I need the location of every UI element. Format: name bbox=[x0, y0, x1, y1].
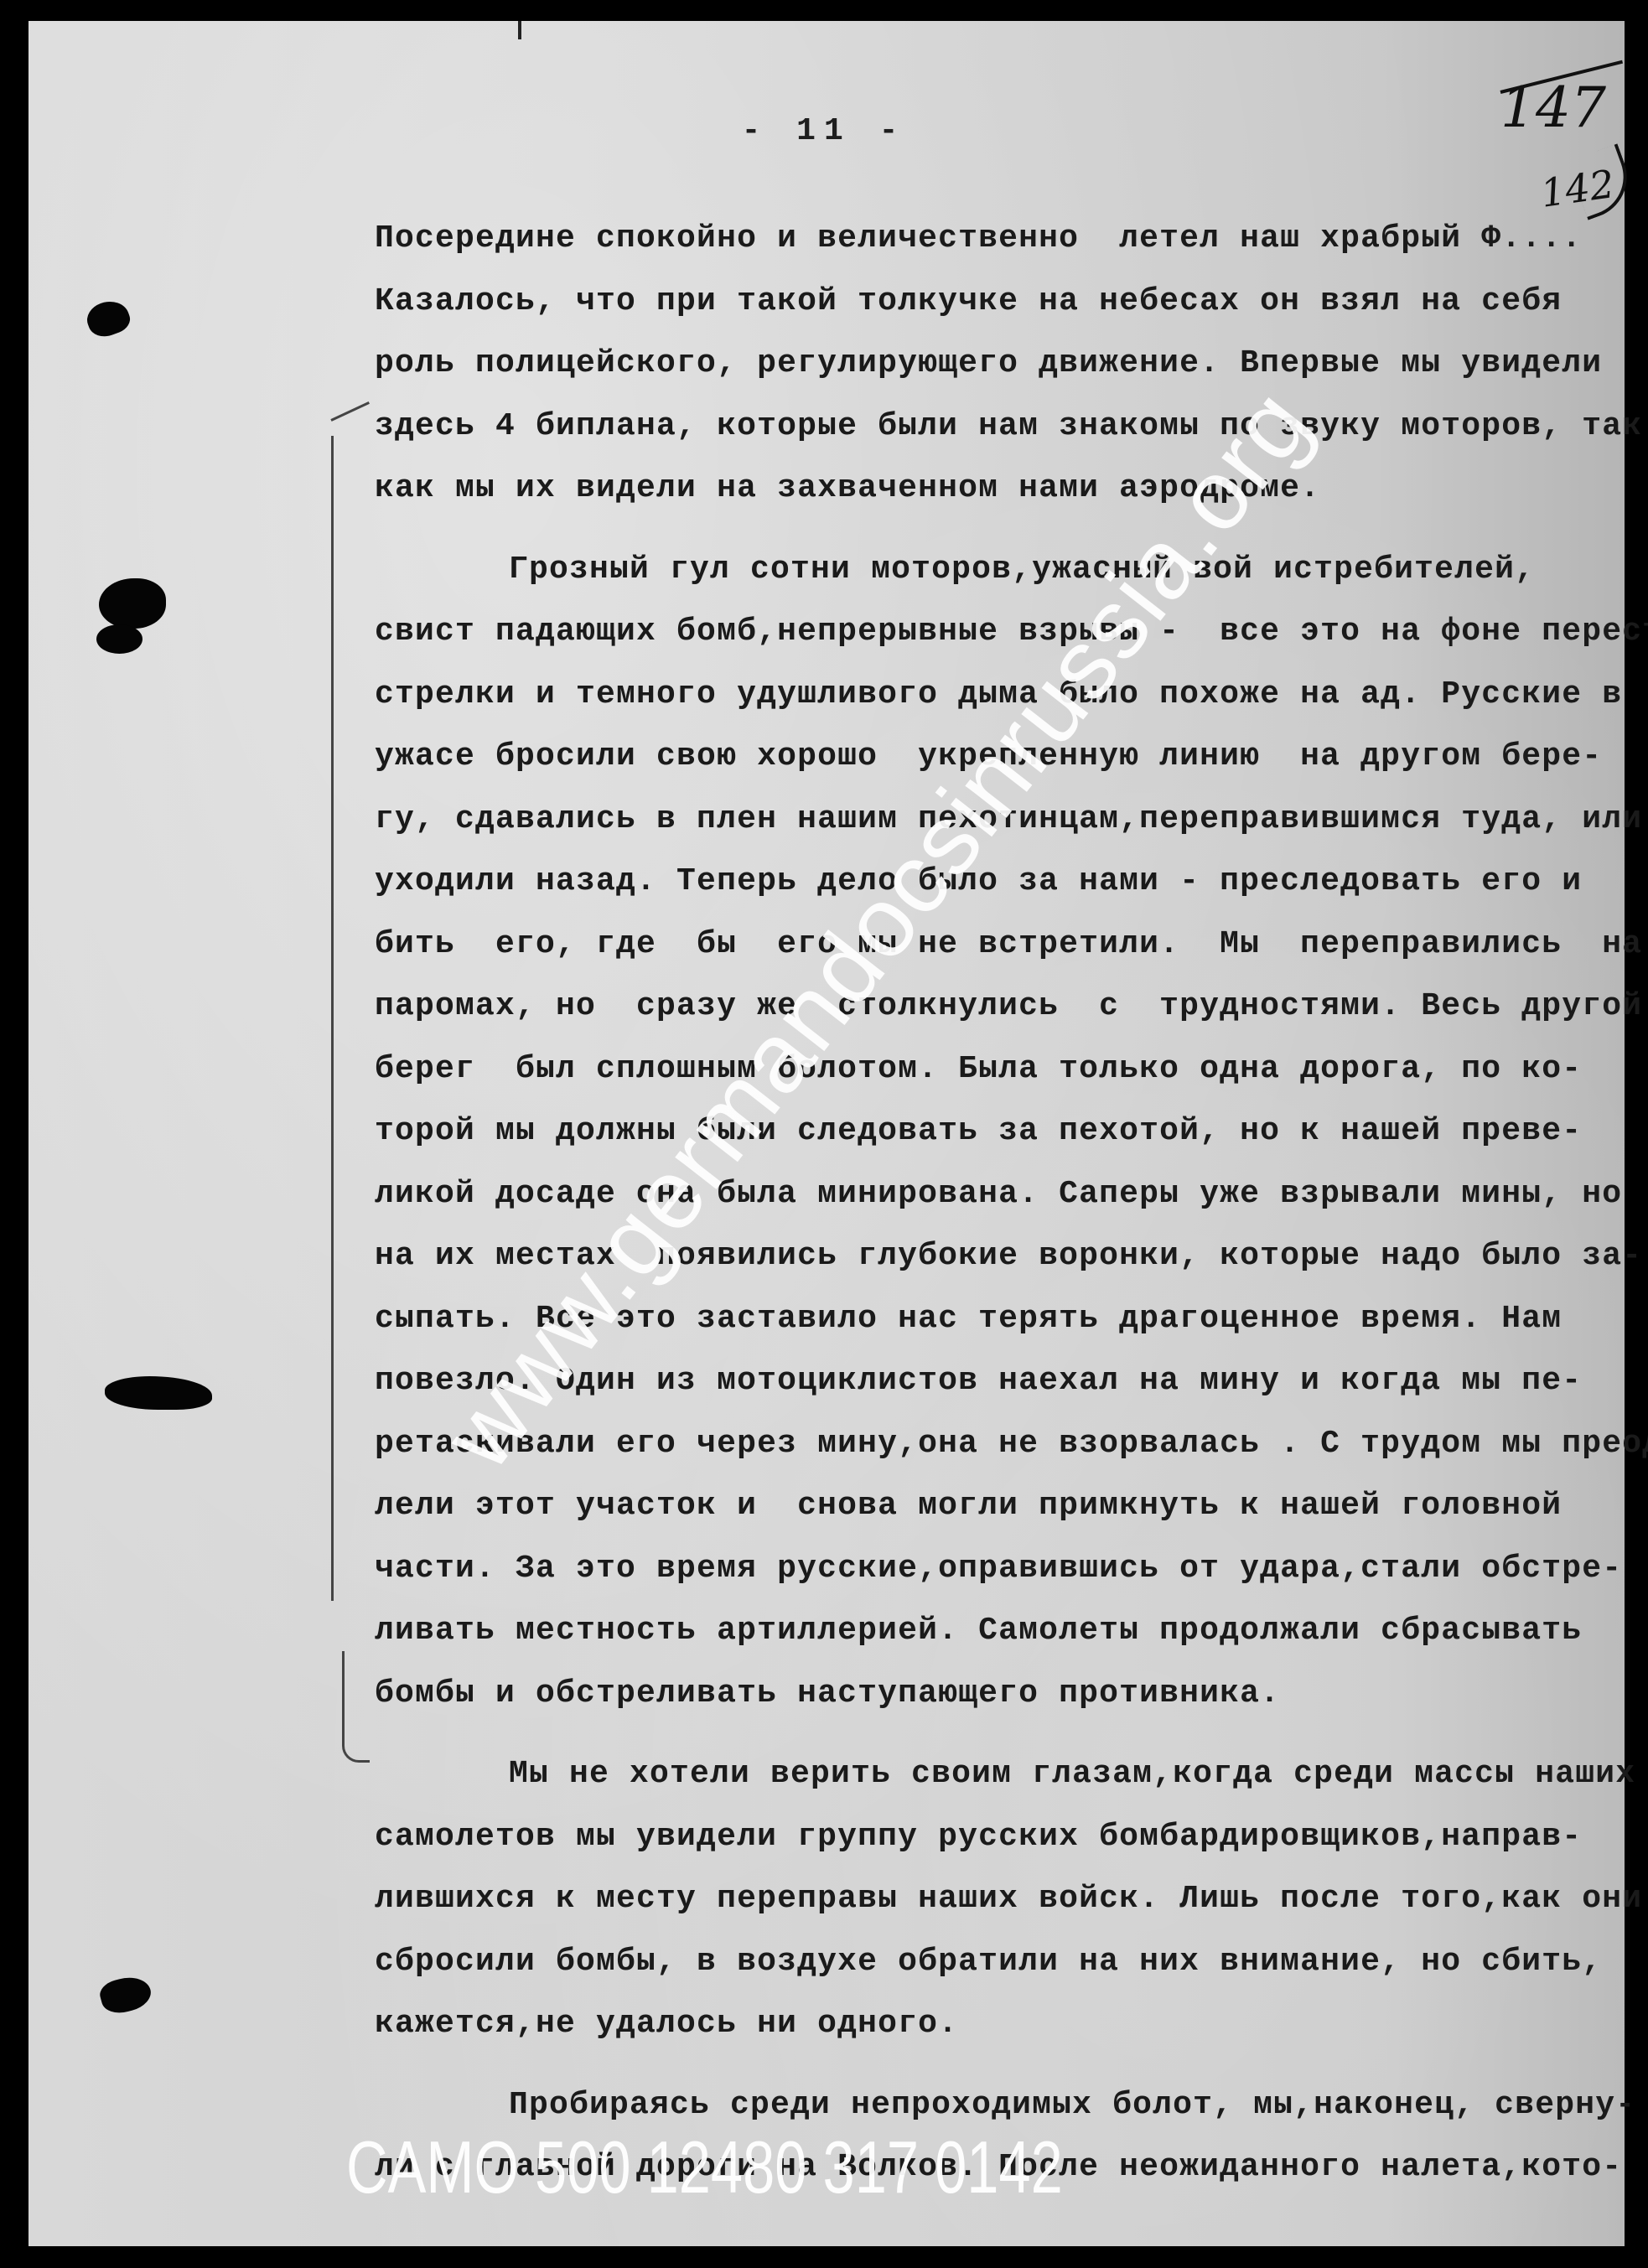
text-line: части. За это время русские,оправившись … bbox=[375, 1538, 1615, 1601]
margin-bracket bbox=[331, 436, 334, 1601]
typed-body-text: Посередине спокойно и величественно лете… bbox=[375, 208, 1615, 2199]
text-line: самолетов мы увидели группу русских бомб… bbox=[375, 1806, 1615, 1869]
text-line: как мы их видели на захваченном нами аэр… bbox=[375, 458, 1615, 520]
text-line: свист падающих бомб,непрерывные взрывы -… bbox=[375, 601, 1615, 664]
text-line: здесь 4 биплана, которые были нам знаком… bbox=[375, 396, 1615, 458]
text-line: паромах, но сразу же столкнулись с трудн… bbox=[375, 976, 1615, 1038]
text-line: Грозный гул сотни моторов,ужасный вой ис… bbox=[375, 539, 1615, 602]
punch-hole-icon bbox=[96, 624, 143, 654]
text-line: кажется,не удалось ни одного. bbox=[375, 1993, 1615, 2056]
text-line: сбросили бомбы, в воздухе обратили на ни… bbox=[375, 1931, 1615, 1994]
archive-reference-watermark: CAMO 500 12480 317 0142 bbox=[346, 2125, 1063, 2210]
text-line: ливать местность артиллерией. Самолеты п… bbox=[375, 1600, 1615, 1663]
text-line: лившихся к месту переправы наших войск. … bbox=[375, 1868, 1615, 1931]
folio-number-crossed-out: 147 bbox=[1500, 75, 1606, 140]
page-edge-mark bbox=[518, 21, 521, 39]
text-line: торой мы должны были следовать за пехото… bbox=[375, 1100, 1615, 1163]
text-line: ликой досаде она была минирована. Саперы… bbox=[375, 1163, 1615, 1226]
text-line: Мы не хотели верить своим глазам,когда с… bbox=[375, 1743, 1615, 1806]
punch-hole-icon bbox=[99, 578, 166, 629]
text-line: Казалось, что при такой толкучке на небе… bbox=[375, 271, 1615, 334]
text-line: бомбы и обстреливать наступающего против… bbox=[375, 1663, 1615, 1726]
text-line: роль полицейского, регулирующего движени… bbox=[375, 333, 1615, 396]
text-line: лели этот участок и снова могли примкнут… bbox=[375, 1475, 1615, 1538]
text-line: Посередине спокойно и величественно лете… bbox=[375, 208, 1615, 271]
margin-bracket-end bbox=[342, 1651, 370, 1763]
text-line: бить его, где бы его мы не встретили. Мы… bbox=[375, 914, 1615, 976]
text-line: берег был сплошным болотом. Была только … bbox=[375, 1038, 1615, 1101]
page-number: - 11 - bbox=[0, 113, 1648, 149]
